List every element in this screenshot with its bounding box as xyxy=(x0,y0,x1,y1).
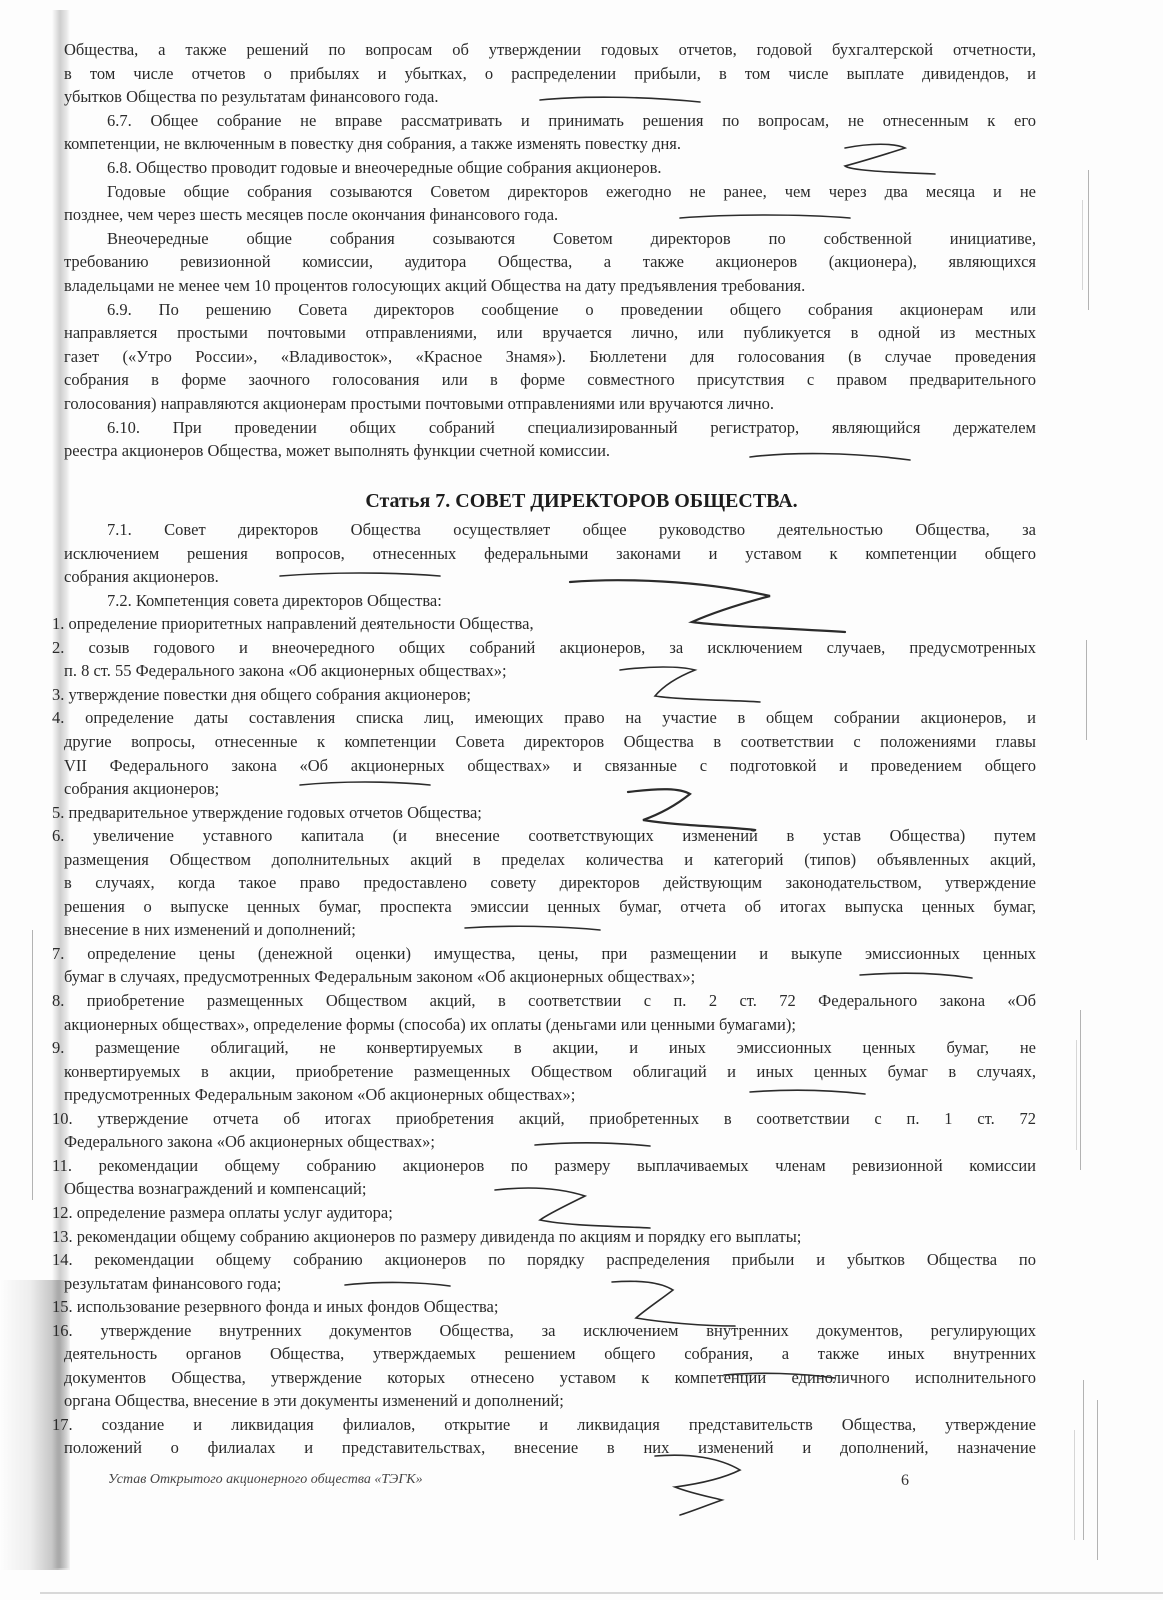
page-bottom-edge xyxy=(40,1592,1163,1594)
paragraph-line: конвертируемых в акции, приобретение раз… xyxy=(64,1062,1036,1082)
list-item-line: 17. создание и ликвидация филиалов, откр… xyxy=(52,1415,1036,1435)
list-item-line: 15. использование резервного фонда и ины… xyxy=(52,1297,1036,1317)
scan-artifact-line xyxy=(32,930,33,1200)
paragraph-line: реестра акционеров Общества, может выпол… xyxy=(64,441,1036,461)
list-item-line: 11. рекомендации общему собранию акционе… xyxy=(52,1156,1036,1176)
paragraph-line: позднее, чем через шесть месяцев после о… xyxy=(64,205,1036,225)
paragraph-line: Общества, а также решений по вопросам об… xyxy=(64,40,1036,60)
list-item-line: 2. созыв годового и внеочередного общих … xyxy=(52,638,1036,658)
list-item-line: 14. рекомендации общему собранию акционе… xyxy=(52,1250,1036,1270)
paragraph-line: 7.1. Совет директоров Общества осуществл… xyxy=(107,520,1036,540)
paragraph-line: Годовые общие собрания созываются Совето… xyxy=(107,182,1036,202)
list-item-line: 8. приобретение размещенных Обществом ак… xyxy=(52,991,1036,1011)
paragraph-line: бумаг в случаях, предусмотренных Федерал… xyxy=(64,967,1036,987)
list-item-line: 7. определение цены (денежной оценки) им… xyxy=(52,944,1036,964)
paragraph-line: Федерального закона «Об акционерных обще… xyxy=(64,1132,1036,1152)
list-item-line: 3. утверждение повестки дня общего собра… xyxy=(52,685,1036,705)
paragraph-line: голосования) направляются акционерам про… xyxy=(64,394,1036,414)
scan-artifact-line xyxy=(1088,170,1089,310)
paragraph-line: Общества вознаграждений и компенсаций; xyxy=(64,1179,1036,1199)
paragraph-line: результатам финансового года; xyxy=(64,1274,1036,1294)
list-item-line: 12. определение размера оплаты услуг ауд… xyxy=(52,1203,1036,1223)
paragraph-line: 6.8. Общество проводит годовые и внеочер… xyxy=(107,158,1036,178)
scan-artifact-line xyxy=(1086,640,1087,740)
list-item-line: 4. определение даты составления списка л… xyxy=(52,708,1036,728)
list-item-line: 10. утверждение отчета об итогах приобре… xyxy=(52,1109,1036,1129)
paragraph-line: собрания акционеров; xyxy=(64,779,1036,799)
paragraph-line: в том числе отчетов о прибылях и убытках… xyxy=(64,64,1036,84)
paragraph-line: предусмотренных Федеральным законом «Об … xyxy=(64,1085,1036,1105)
scan-artifact-line xyxy=(1080,1010,1081,1170)
paragraph-line: 6.10. При проведении общих собраний спец… xyxy=(107,418,1036,438)
paragraph-line: решения о выпуске ценных бумаг, проспект… xyxy=(64,897,1036,917)
scan-artifact-line xyxy=(1076,1040,1077,1150)
paragraph-line: деятельность органов Общества, утверждае… xyxy=(64,1344,1036,1364)
paragraph-line: собрания в форме заочного голосования ил… xyxy=(64,370,1036,390)
paragraph-line: Внеочередные общие собрания созываются С… xyxy=(107,229,1036,249)
paragraph-line: VII Федерального закона «Об акционерных … xyxy=(64,756,1036,776)
paragraph-line: 6.7. Общее собрание не вправе рассматрив… xyxy=(107,111,1036,131)
paragraph-line: 7.2. Компетенция совета директоров Общес… xyxy=(107,591,1036,611)
list-item-line: 16. утверждение внутренних документов Об… xyxy=(52,1321,1036,1341)
scan-artifact-line xyxy=(1097,1400,1098,1560)
paragraph-line: исключением решения вопросов, отнесенных… xyxy=(64,544,1036,564)
paragraph-line: положений о филиалах и представительства… xyxy=(64,1438,1036,1458)
scan-artifact-line xyxy=(1083,1380,1084,1540)
paragraph-line: компетенции, не включенным в повестку дн… xyxy=(64,134,1036,154)
paragraph-line: газет («Утро России», «Владивосток», «Кр… xyxy=(64,347,1036,367)
article-7-heading: Статья 7. СОВЕТ ДИРЕКТОРОВ ОБЩЕСТВА. xyxy=(0,490,1163,513)
paragraph-line: 6.9. По решению Совета директоров сообще… xyxy=(107,300,1036,320)
paragraph-line: органа Общества, внесение в эти документ… xyxy=(64,1391,1036,1411)
paragraph-line: документов Общества, утверждение которых… xyxy=(64,1368,1036,1388)
scan-artifact-line xyxy=(1082,200,1083,290)
scanned-page: Общества, а также решений по вопросам об… xyxy=(0,0,1163,1600)
paragraph-line: в случаях, когда такое право предоставле… xyxy=(64,873,1036,893)
list-item-line: 5. предварительное утверждение годовых о… xyxy=(52,803,1036,823)
paragraph-line: размещения Обществом дополнительных акци… xyxy=(64,850,1036,870)
list-item-line: 9. размещение облигаций, не конвертируем… xyxy=(52,1038,1036,1058)
document-footer: Устав Открытого акционерного общества «Т… xyxy=(108,1472,423,1488)
paragraph-line: владельцами не менее чем 10 процентов го… xyxy=(64,276,1036,296)
paragraph-line: другие вопросы, отнесенные к компетенции… xyxy=(64,732,1036,752)
paragraph-line: п. 8 ст. 55 Федерального закона «Об акци… xyxy=(64,661,1036,681)
paragraph-line: акционерных обществах», определение форм… xyxy=(64,1015,1036,1035)
paragraph-line: убытков Общества по результатам финансов… xyxy=(64,87,1036,107)
paragraph-line: требованию ревизионной комиссии, аудитор… xyxy=(64,252,1036,272)
paragraph-line: собрания акционеров. xyxy=(64,567,1036,587)
scan-artifact-line xyxy=(1074,1430,1075,1540)
paragraph-line: внесение в них изменений и дополнений; xyxy=(64,920,1036,940)
list-item-line: 13. рекомендации общему собранию акционе… xyxy=(52,1227,1036,1247)
page-number: 6 xyxy=(901,1472,909,1490)
list-item-line: 1. определение приоритетных направлений … xyxy=(52,614,1036,634)
list-item-line: 6. увеличение уставного капитала (и внес… xyxy=(52,826,1036,846)
paragraph-line: направляется простыми почтовыми отправле… xyxy=(64,323,1036,343)
